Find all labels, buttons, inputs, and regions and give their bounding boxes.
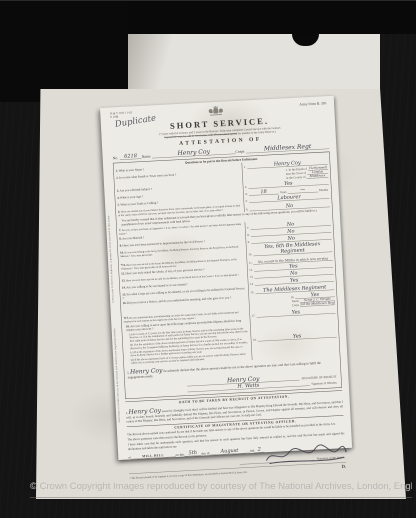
attestation-place: MILL HILL [131, 453, 176, 459]
service-number-value: 6218 [119, 153, 141, 160]
flap-fold-shadow [128, 34, 174, 92]
question-18: 18.Are you willing to serve upon the fol… [122, 318, 252, 366]
questions-box: Questions to be put to the Recruit befor… [113, 152, 342, 399]
attestation-form: Certificates of Birth or Baptism, if pro… [100, 96, 352, 460]
witness-signature-label: Signature of Witness. [311, 381, 337, 385]
certificate-section: CERTIFICATE OF MAGISTRATE OR ATTESTING O… [127, 415, 346, 479]
justice-signature-scribble-icon [263, 442, 349, 467]
no-label: No. [113, 156, 119, 161]
scanned-photo-background: Certificates of Birth or Baptism, if pro… [0, 0, 416, 518]
army-form-number: Army Form B. 265. [299, 101, 327, 106]
dark-top-left-patch [0, 1, 128, 102]
attestation-month: August [209, 447, 249, 455]
archives-copyright-watermark: © Crown Copyright Images reproduced by c… [30, 481, 412, 498]
backing-sheet-flap [128, 34, 380, 92]
attestation-day: 5th [184, 449, 201, 456]
subtitle-line2-end: for transfer to the Army Reserve.) [238, 130, 276, 135]
declaration-name: Henry Coy [130, 367, 163, 376]
corner-letter: D. [342, 463, 347, 468]
name-label: Name [142, 154, 151, 159]
answer-18: 18.Yes [250, 314, 340, 360]
corps-label: Corps [235, 149, 244, 154]
